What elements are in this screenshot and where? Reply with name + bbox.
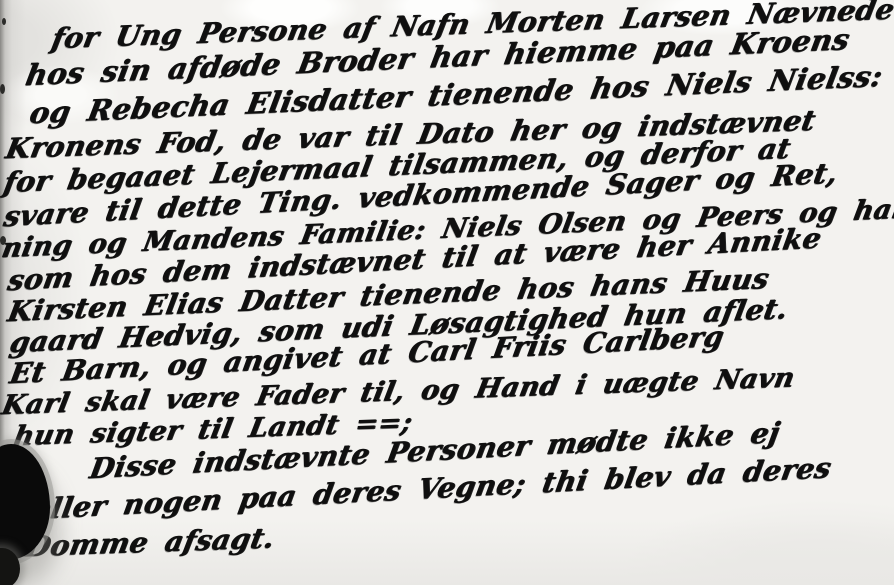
edge-nick [0,236,6,245]
edge-nick [0,84,5,94]
edge-nick [2,18,6,25]
handwriting-line: Domme afsagt. [23,521,278,563]
manuscript-page: for Ung Persone af Nafn Morten Larsen Næ… [0,0,894,585]
